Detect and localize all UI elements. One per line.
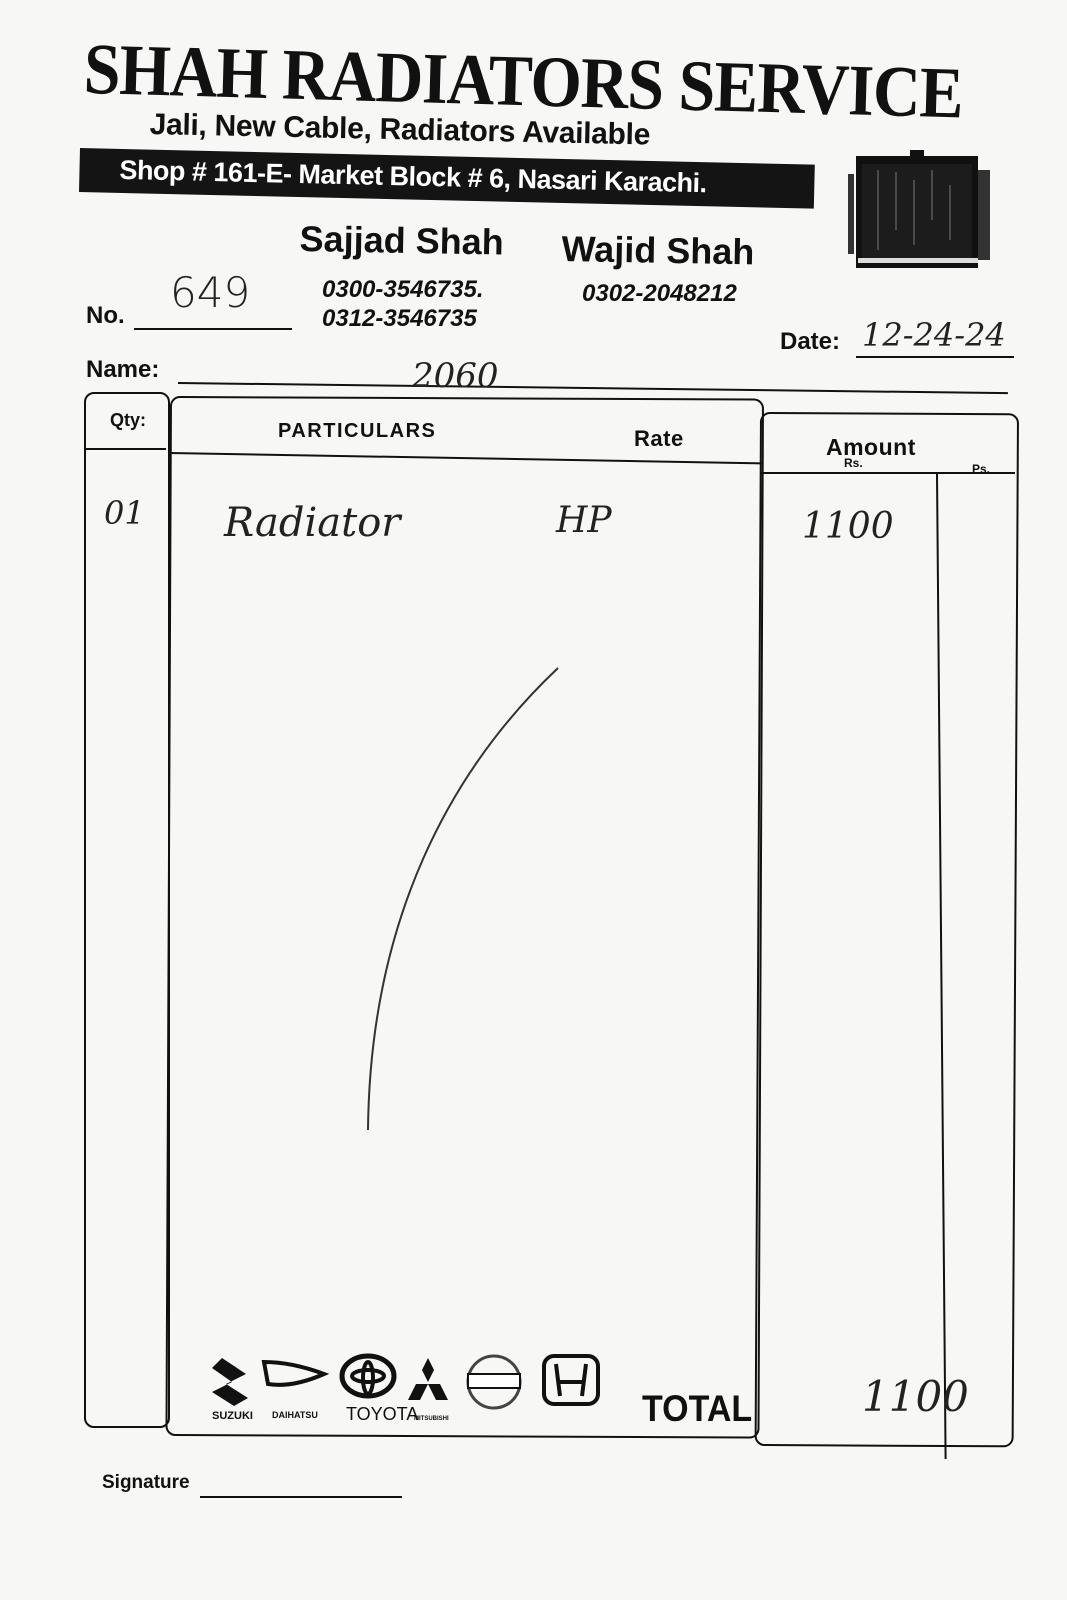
particulars-header: PARTICULARS: [278, 420, 436, 443]
qty-column-frame: [84, 392, 170, 1428]
date-value: 12-24-24: [862, 316, 1006, 354]
amount-column-frame: [755, 412, 1019, 1447]
brand-label-suzuki: SUZUKI: [212, 1410, 253, 1422]
invoice-number-label: No.: [86, 302, 125, 330]
suzuki-icon: [212, 1358, 248, 1406]
address: Shop # 161-E- Market Block # 6, Nasari K…: [119, 155, 707, 199]
radiator-icon: [848, 150, 993, 275]
daihatsu-icon: [264, 1362, 324, 1385]
row-amount-rs: 1100: [802, 506, 894, 547]
brand-logos: [212, 1352, 612, 1412]
brand-label-mitsubishi: MITSUBISHI: [414, 1416, 449, 1422]
brand-label-toyota: TOYOTA: [346, 1404, 418, 1425]
toyota-icon: [342, 1356, 394, 1396]
row-particulars: Radiator: [224, 500, 400, 546]
contact-phone: 0300-3546735.: [322, 276, 483, 304]
brand-label-daihatsu: DAIHATSU: [272, 1410, 318, 1420]
row-qty: 01: [104, 494, 145, 532]
amount-header: Amount: [826, 434, 916, 461]
name-label: Name:: [86, 356, 159, 384]
invoice-number-line: [134, 328, 292, 330]
address-banner: Shop # 161-E- Market Block # 6, Nasari K…: [79, 148, 815, 209]
mitsubishi-icon: [408, 1358, 448, 1400]
cancel-stroke: [360, 660, 560, 1140]
signature-label: Signature: [102, 1472, 190, 1494]
total-value: 1100: [862, 1372, 969, 1421]
rate-header: Rate: [634, 426, 684, 452]
invoice-number-value: 649: [170, 268, 250, 317]
signature-line[interactable]: [200, 1496, 402, 1498]
nissan-icon: [468, 1356, 520, 1408]
contact-phone: 0302-2048212: [582, 280, 737, 308]
rs-header: Rs.: [844, 456, 863, 470]
ps-header: Ps.: [972, 462, 990, 476]
total-label: TOTAL: [642, 1388, 752, 1431]
date-label: Date:: [780, 328, 840, 356]
contact-name-1: Sajjad Shah: [299, 218, 504, 264]
name-value: 2060: [412, 356, 499, 396]
qty-header: Qty:: [110, 410, 146, 431]
invoice-page: SHAH RADIATORS SERVICE Jali, New Cable, …: [0, 0, 1067, 1600]
date-line: [856, 356, 1014, 358]
row-rate: HP: [556, 500, 612, 541]
honda-icon: [544, 1356, 598, 1404]
contact-name-2: Wajid Shah: [561, 228, 754, 273]
contact-phone: 0312-3546735: [322, 305, 477, 333]
header-divider: [84, 448, 166, 450]
name-line: [178, 382, 1008, 394]
